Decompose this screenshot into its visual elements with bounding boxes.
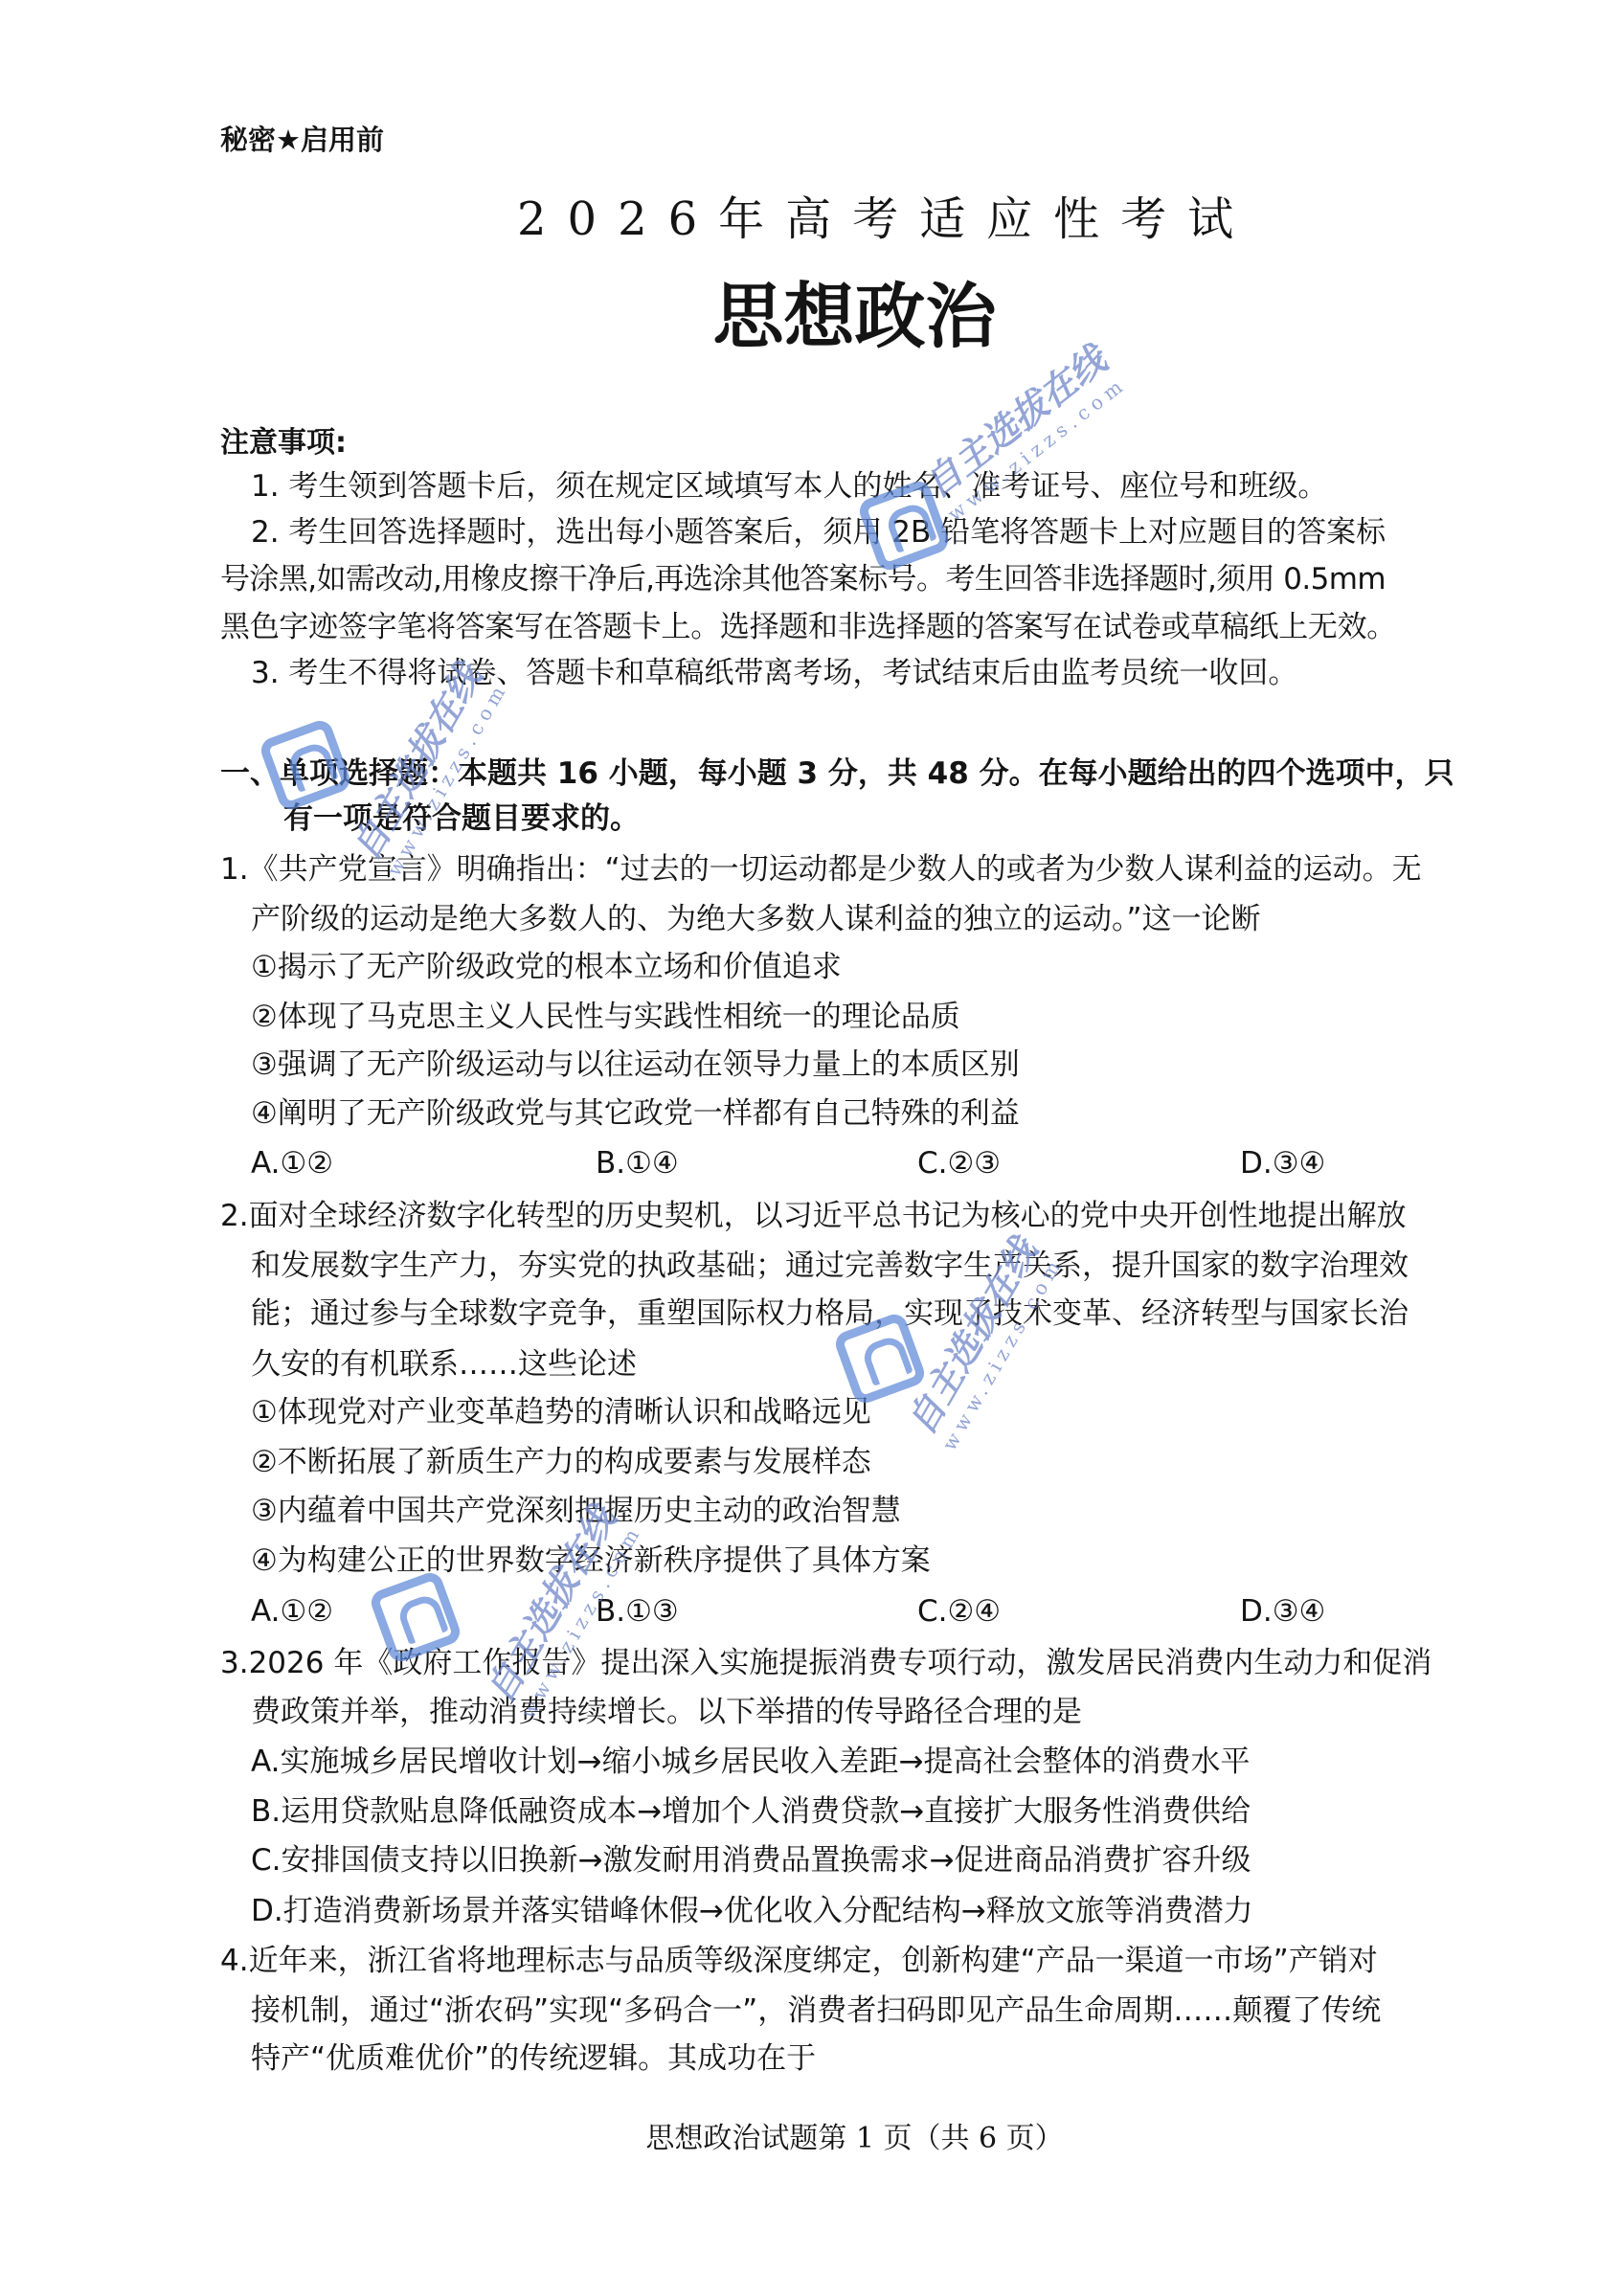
notice-item-2-line-1: 2. 考生回答选择题时，选出每小题答案后，须用 2B 铅笔将答题卡上对应题目的答… [251, 513, 1386, 551]
section-heading-line-1: 一、单项选择题：本题共 16 小题，每小题 3 分，共 48 分。在每小题给出的… [220, 754, 1454, 793]
statement-1: ①揭示了无产阶级政党的根本立场和价值追求 [251, 948, 842, 986]
option-a: A.实施城乡居民增收计划→缩小城乡居民收入差距→提高社会整体的消费水平 [251, 1743, 1250, 1781]
question-stem-line: 1.《共产党宣言》明确指出：“过去的一切运动都是少数人的或者为少数人谋利益的运动… [220, 850, 1422, 889]
option-b: B.运用贷款贴息降低融资成本→增加个人消费贷款→直接扩大服务性消费供给 [251, 1792, 1251, 1831]
statement-3: ③强调了无产阶级运动与以往运动在领导力量上的本质区别 [251, 1046, 1020, 1084]
option-c: C.安排国债支持以旧换新→激发耐用消费品置换需求→促进商品消费扩容升级 [251, 1841, 1251, 1880]
notice-item-2-line-3: 黑色字迹签字笔将答案写在答题卡上。选择题和非选择题的答案写在试卷或草稿纸上无效。 [220, 608, 1396, 646]
choice-b: B.①④ [596, 1144, 679, 1182]
question-stem-line: 和发展数字生产力，夯实党的执政基础；通过完善数字生产关系，提升国家的数字治理效 [251, 1247, 1409, 1285]
choice-a: A.①② [251, 1144, 333, 1182]
question-stem-line: 费政策并举，推动消费持续增长。以下举措的传导路径合理的是 [251, 1693, 1082, 1731]
question-stem-line: 产阶级的运动是绝大多数人的、为绝大多数人谋利益的独立的运动。”这一论断 [251, 900, 1261, 938]
notice-item-1: 1. 考生领到答题卡后，须在规定区域填写本人的姓名、准考证号、座位号和班级。 [251, 467, 1327, 506]
watermark-logo-icon [258, 717, 353, 813]
choice-d: D.③④ [1240, 1144, 1325, 1182]
question-stem-line: 4.近年来，浙江省将地理标志与品质等级深度绑定，创新构建“产品一渠道一市场”产销… [220, 1942, 1378, 1980]
question-stem-line: 能；通过参与全球数字竞争，重塑国际权力格局，实现了技术变革、经济转型与国家长治 [251, 1294, 1409, 1333]
statement-2: ②不断拓展了新质生产力的构成要素与发展样态 [251, 1443, 871, 1481]
exam-title: 2026年高考适应性考试 [517, 182, 1254, 248]
notice-item-2-line-2: 号涂黑,如需改动,用橡皮擦干净后,再选涂其他答案标号。考生回答非选择题时,须用 … [220, 560, 1386, 598]
question-stem-line: 久安的有机联系……这些论述 [251, 1345, 637, 1384]
choice-b: B.①③ [596, 1592, 679, 1631]
statement-4: ④为构建公正的世界数字经济新秩序提供了具体方案 [251, 1542, 931, 1580]
section-heading-line-2: 有一项是符合题目要求的。 [283, 799, 640, 838]
notice-item-3: 3. 考生不得将试卷、答题卡和草稿纸带离考场，考试结束后由监考员统一收回。 [251, 654, 1297, 692]
notice-heading: 注意事项: [220, 418, 347, 461]
choice-c: C.②④ [917, 1592, 1001, 1631]
subject-title: 思想政治 [0, 260, 1623, 362]
question-stem-line: 2.面对全球经济数字化转型的历史契机，以习近平总书记为核心的党中央开创性地提出解… [220, 1197, 1407, 1235]
statement-3: ③内蕴着中国共产党深刻把握历史主动的政治智慧 [251, 1492, 901, 1530]
choice-a: A.①② [251, 1592, 333, 1631]
option-d: D.打造消费新场景并落实错峰休假→优化收入分配结构→释放文旅等消费潜力 [251, 1892, 1253, 1930]
statement-4: ④阐明了无产阶级政党与其它政党一样都有自己特殊的利益 [251, 1094, 1020, 1133]
choice-c: C.②③ [917, 1144, 1001, 1182]
statement-1: ①体现党对产业变革趋势的清晰认识和战略远见 [251, 1393, 871, 1431]
statement-2: ②体现了马克思主义人民性与实践性相统一的理论品质 [251, 998, 960, 1036]
page-footer: 思想政治试题第 1 页（共 6 页） [0, 2114, 1623, 2156]
confidential-mark: 秘密★启用前 [220, 119, 384, 158]
question-stem-line: 特产“优质难优价”的传统逻辑。其成功在于 [251, 2039, 816, 2078]
question-stem-line: 接机制，通过“浙农码”实现“多码合一”，消费者扫码即见产品生命周期……颠覆了传统 [251, 1992, 1381, 2030]
choice-d: D.③④ [1240, 1592, 1325, 1631]
